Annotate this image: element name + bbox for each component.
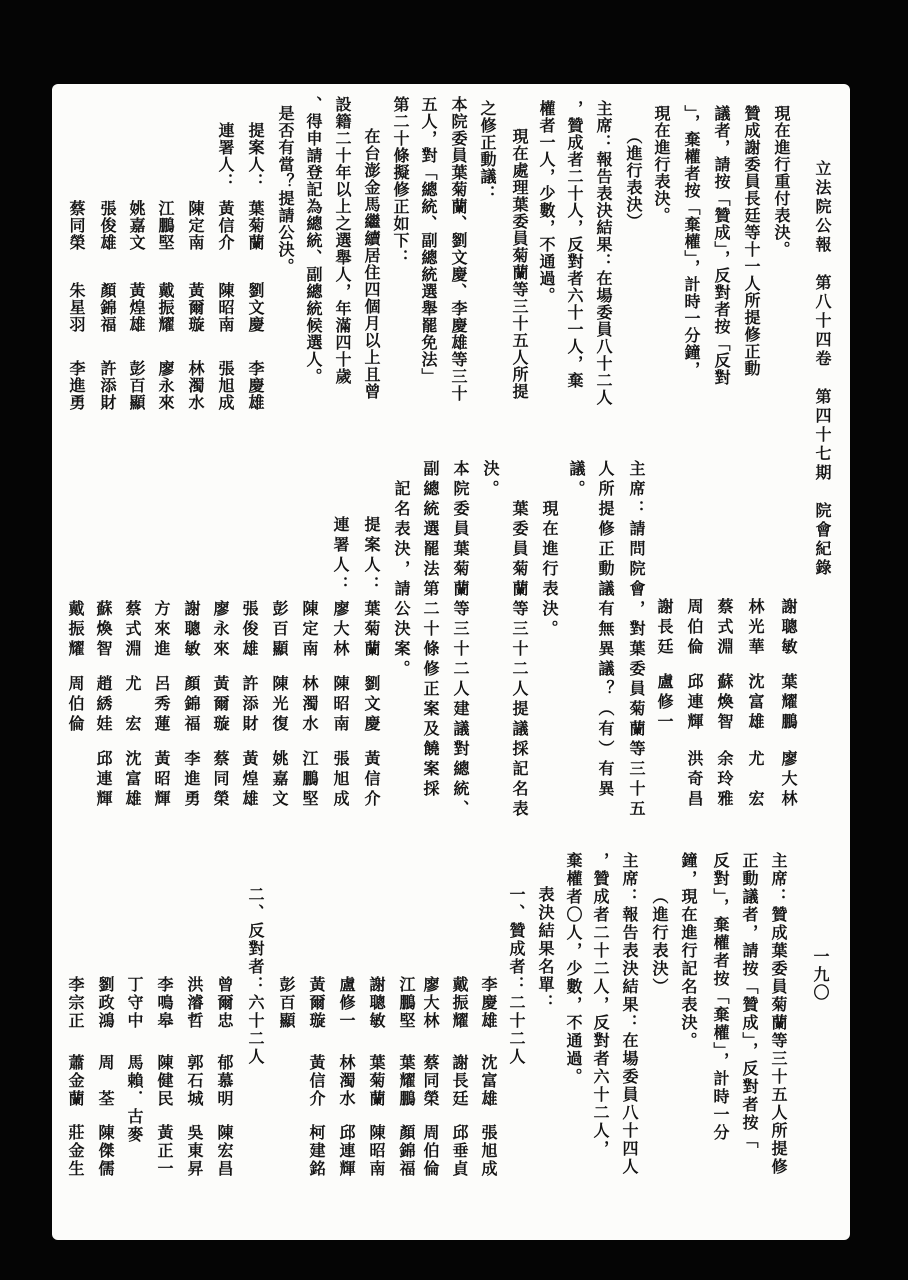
- text-column: 洪濬哲: [186, 976, 202, 1030]
- text-column: 沈富雄: [747, 673, 763, 733]
- text-column: 吳東昇: [186, 1124, 202, 1178]
- text-column: 柯建銘: [308, 1124, 324, 1178]
- text-column: 朱星羽: [68, 282, 84, 333]
- text-column: 黃煌雄: [128, 282, 144, 333]
- text-column: 陳傑儒: [97, 1124, 113, 1178]
- text-column: 副總統選罷法第二十條修正案及饒案採: [422, 460, 438, 800]
- text-column: 黃信介: [363, 750, 379, 810]
- text-column: 之修正動議：: [479, 100, 495, 202]
- text-column: 許添財: [241, 675, 257, 735]
- text-column: 黃爾璇: [308, 976, 324, 1030]
- text-column: 在台澎金馬繼續居住四個月以上且曾: [363, 128, 379, 400]
- text-column: 葉菊蘭: [247, 200, 263, 251]
- text-column: 蕭金蘭: [67, 1054, 83, 1108]
- text-column: 趙綉娃: [95, 675, 111, 735]
- text-column: 郁慕明: [216, 1054, 232, 1108]
- running-header: 立法院公報 第八十四卷 第四十七期 院會紀錄: [814, 160, 830, 578]
- text-column: 蘇煥智: [716, 673, 732, 733]
- text-column: 張俊雄: [99, 200, 115, 251]
- text-column: （進行表決）: [625, 128, 641, 230]
- text-column: 顏錦福: [183, 675, 199, 735]
- text-column: 是否有當？提請公決。: [277, 105, 293, 275]
- text-column: 蔡同榮: [68, 200, 84, 251]
- text-column: 決。: [482, 460, 498, 500]
- text-column: 邱連輝: [338, 1124, 354, 1178]
- text-column: 主席：贊成葉委員菊蘭等三十五人所提修: [770, 852, 786, 1176]
- text-column: 陳昭南: [217, 282, 233, 333]
- text-column: 邱垂貞: [451, 1124, 467, 1178]
- text-column: 陳昭南: [368, 1124, 384, 1178]
- text-column: 黃爾璇: [187, 282, 203, 333]
- text-column: 廖大林: [332, 600, 348, 660]
- text-column: 、得申請登記為總統、副總統候選人。: [305, 96, 321, 385]
- text-column: 莊金生: [67, 1124, 83, 1178]
- text-column: 郭石城: [186, 1054, 202, 1108]
- text-column: 蔡同榮: [212, 750, 228, 810]
- text-column: 李進勇: [68, 360, 84, 411]
- text-column: 葉菊蘭: [368, 1054, 384, 1108]
- text-column: 第二十條擬修正如下：: [392, 96, 408, 266]
- text-column: 權者一人，少數，不通過。: [538, 100, 554, 304]
- text-column: 葉菊蘭: [363, 600, 379, 660]
- text-column: 邱連輝: [95, 750, 111, 810]
- text-column: 主席：報告表決結果：在場委員八十二人: [595, 100, 611, 406]
- page-number: 一九〇: [812, 948, 828, 1002]
- text-column: 李進勇: [183, 750, 199, 810]
- text-column: （進行表決）: [651, 888, 667, 996]
- text-column: 張旭成: [217, 360, 233, 411]
- text-column: 李慶雄: [480, 976, 496, 1030]
- text-column: 蔡式淵: [716, 598, 732, 658]
- text-column: 棄權者〇人，少數，不通過。: [565, 852, 581, 1086]
- text-column: 彭百顯: [271, 600, 287, 660]
- text-column: 現在處理葉委員菊蘭等三十五人所提: [511, 128, 527, 400]
- text-column: 設籍二十年以上之選舉人，年滿四十歲: [334, 96, 350, 385]
- text-column: 姚嘉文: [271, 750, 287, 810]
- text-column: 廖大林: [422, 976, 438, 1030]
- text-column: 五人，對「總統、副總統選舉罷免法」: [420, 96, 436, 385]
- text-column: 連署人：: [332, 516, 348, 596]
- text-column: 余玲雅: [716, 750, 732, 810]
- text-column: 曾爾忠: [216, 976, 232, 1030]
- text-column: 謝聰敏: [780, 598, 796, 658]
- text-column: 江鵬堅: [157, 200, 173, 251]
- text-column: 李鳴皋: [156, 976, 172, 1030]
- text-column: 謝長廷: [656, 598, 672, 658]
- text-column: 提案人：: [247, 122, 263, 190]
- text-column: 謝長廷: [451, 1054, 467, 1108]
- text-column: 尤 宏: [124, 675, 140, 735]
- text-column: 謝聰敏: [368, 976, 384, 1030]
- text-column: 林濁水: [187, 360, 203, 411]
- text-column: 劉文慶: [247, 282, 263, 333]
- text-column: 彭百顯: [128, 360, 144, 411]
- text-column: 黃信介: [217, 200, 233, 251]
- text-column: 陳定南: [187, 200, 203, 251]
- text-column: 黃正一: [156, 1124, 172, 1178]
- text-column: 廖大林: [780, 750, 796, 810]
- text-column: ，贊成者二十人，反對者六十一人，棄: [566, 100, 582, 389]
- text-column: 許添財: [99, 360, 115, 411]
- text-column: 張旭成: [480, 1124, 496, 1178]
- text-column: 本院委員葉菊蘭、劉文慶、李慶雄等三十: [450, 96, 466, 402]
- text-column: 現在進行重付表決。: [773, 105, 789, 258]
- text-column: 林濁水: [338, 1054, 354, 1108]
- text-column: 蔡式淵: [124, 600, 140, 660]
- text-column: 尤 宏: [747, 750, 763, 810]
- text-column: 李宗正: [67, 976, 83, 1030]
- text-column: 葉耀鵬: [780, 673, 796, 733]
- text-column: 顏錦福: [398, 1124, 414, 1178]
- text-column: 主席：報告表決結果：在場委員八十四人: [621, 852, 637, 1176]
- text-column: 丁守中: [126, 976, 142, 1030]
- text-column: 方來進: [153, 600, 169, 660]
- text-column: 鐘，現在進行記名表決。: [680, 852, 696, 1050]
- text-column: 江鵬堅: [398, 976, 414, 1030]
- text-column: 呂秀蓮: [153, 675, 169, 735]
- text-column: 陳健民: [156, 1054, 172, 1108]
- text-column: 劉政鴻: [97, 976, 113, 1030]
- text-column: 顏錦福: [99, 282, 115, 333]
- text-column: 主席：請問院會，對葉委員菊蘭等三十五: [628, 460, 644, 820]
- text-column: 」，棄權者按「棄權」，計時一分鐘，: [683, 105, 699, 378]
- text-column: 姚嘉文: [128, 200, 144, 251]
- text-column: 葉耀鵬: [398, 1054, 414, 1108]
- text-column: 提案人：: [363, 516, 379, 596]
- text-column: 盧修一: [338, 976, 354, 1030]
- text-column: 馬賴．古麥: [126, 1054, 142, 1144]
- text-column: 現在進行表決。: [541, 500, 557, 640]
- text-column: 黃爾璇: [212, 675, 228, 735]
- text-column: 張旭成: [332, 750, 348, 810]
- text-column: 陳定南: [301, 600, 317, 660]
- text-column: 廖永來: [212, 600, 228, 660]
- text-column: 蔡同榮: [422, 1054, 438, 1108]
- text-column: 周伯倫: [422, 1124, 438, 1178]
- text-column: 反對」，棄權者按「棄權」，計時一分: [712, 852, 728, 1142]
- text-column: 沈富雄: [480, 1054, 496, 1108]
- text-column: 黃煌雄: [241, 750, 257, 810]
- text-column: 沈富雄: [124, 750, 140, 810]
- text-column: 周伯倫: [67, 675, 83, 735]
- text-column: 黃昭輝: [153, 750, 169, 810]
- scanned-gazette-page: 立法院公報 第八十四卷 第四十七期 院會紀錄 一九〇 現在進行重付表決。贊成謝委…: [0, 0, 908, 1280]
- text-column: 記名表決，請公決案。: [393, 480, 409, 680]
- text-column: 一、贊成者：二十二人: [508, 886, 524, 1066]
- text-column: 本院委員葉菊蘭等三十二人建議對總統、: [452, 460, 468, 820]
- text-column: 陳昭南: [332, 675, 348, 735]
- text-column: 二、反對者：六十二人: [247, 886, 263, 1066]
- text-column: 戴振耀: [451, 976, 467, 1030]
- text-column: 盧修一: [656, 673, 672, 733]
- text-column: 戴振耀: [157, 282, 173, 333]
- text-column: 謝聰敏: [183, 600, 199, 660]
- text-column: 洪奇昌: [686, 750, 702, 810]
- text-column: 周 荃: [97, 1054, 113, 1108]
- text-column: 廖永來: [157, 360, 173, 411]
- text-column: 連署人：: [217, 122, 233, 190]
- text-column: 彭百顯: [278, 976, 294, 1030]
- text-column: ，贊成者二十二人，反對者六十二人，: [592, 852, 608, 1158]
- text-column: 蘇煥智: [95, 600, 111, 660]
- text-column: 劉文慶: [363, 675, 379, 735]
- text-column: 正動議者，請按「贊成」，反對者按「: [741, 852, 757, 1150]
- text-column: 議者，請按「贊成」，反對者按「反對: [713, 105, 729, 386]
- text-column: 議。: [568, 460, 584, 500]
- text-column: 現在進行表決。: [653, 105, 669, 224]
- text-column: 林光華: [747, 598, 763, 658]
- text-column: 江鵬堅: [301, 750, 317, 810]
- text-column: 贊成謝委員長廷等十一人所提修正動: [743, 105, 759, 377]
- text-column: 周伯倫: [686, 598, 702, 658]
- text-column: 李慶雄: [247, 360, 263, 411]
- text-column: 陳光復: [271, 675, 287, 735]
- text-column: 張俊雄: [241, 600, 257, 660]
- text-column: 表決結果名單：: [537, 886, 553, 1012]
- text-column: 葉委員菊蘭等三十二人提議採記名表: [511, 500, 527, 820]
- text-column: 黃信介: [308, 1054, 324, 1108]
- text-column: 林濁水: [301, 675, 317, 735]
- text-column: 邱連輝: [686, 673, 702, 733]
- text-column: 戴振耀: [67, 600, 83, 660]
- text-column: 陳宏昌: [216, 1124, 232, 1178]
- text-column: 人所提修正動議有無異議？（有）有異: [597, 460, 613, 800]
